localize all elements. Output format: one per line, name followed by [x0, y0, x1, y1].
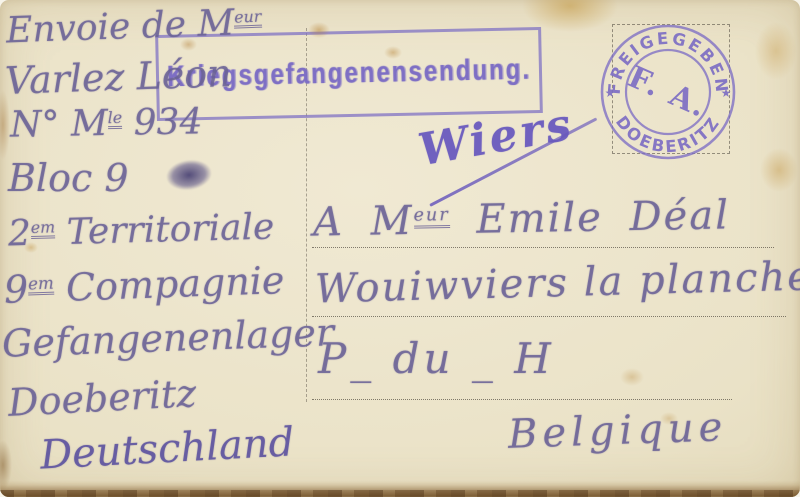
paper-stain	[760, 148, 798, 192]
sender-line: Doeberitz	[7, 371, 197, 425]
address-line: Wouiwviers la planche	[314, 253, 800, 312]
sender-line-text: Deutschland	[39, 419, 295, 478]
address-rule-1	[312, 247, 774, 248]
sender-line-text: 9	[3, 267, 29, 312]
sender-line-sup: em	[31, 219, 56, 238]
sender-line-text: Envoie de M	[5, 3, 235, 52]
sender-line-text: Varlez Léon	[4, 51, 232, 103]
sender-line-text: Territoriale	[55, 207, 275, 254]
sender-line: Bloc 9	[8, 156, 129, 200]
censor-stamp: FREIGEGEBEN DOEBERITZ ★ ★ F. A.	[598, 22, 738, 162]
sender-line-text: N° M	[10, 103, 109, 146]
sender-line-text: Doeberitz	[7, 371, 197, 425]
sender-line-text: 2	[8, 213, 32, 255]
postcard: Kriegsgefangenensendung. FREIGEGEBEN DOE…	[0, 0, 800, 497]
address-rule-3	[312, 399, 732, 400]
sender-line-text: Bloc 9	[8, 156, 129, 200]
sender-line: Varlez Léon	[4, 51, 232, 103]
address-line: Belgique	[507, 404, 728, 458]
sender-line-text: 934	[122, 101, 203, 143]
censor-star-right-icon: ★	[721, 86, 732, 100]
address-line-sup: eur	[413, 207, 450, 228]
paper-stain	[0, 440, 12, 490]
sender-line: Deutschland	[39, 419, 295, 478]
address-line-text: P_ du _ H	[318, 334, 555, 383]
address-line-text: Emile Déal	[449, 192, 730, 243]
sender-line: N° Mle 934	[10, 101, 203, 145]
address-rule-2	[312, 316, 786, 317]
censor-initials: F. A.	[623, 60, 713, 126]
paper-stain	[620, 368, 644, 386]
address-line-text: A M	[313, 198, 414, 246]
address-line-text: Belgique	[507, 404, 728, 458]
sender-line: Gefangenenlager	[1, 310, 334, 366]
sender-line-sup: em	[28, 275, 54, 296]
sender-line-text: Gefangenenlager	[1, 310, 334, 366]
censor-star-left-icon: ★	[605, 86, 616, 100]
bottom-edge-stain	[0, 490, 800, 497]
address-line: A Meur Emile Déal	[313, 192, 731, 245]
address-line-text: Wouiwviers la planche	[314, 253, 800, 312]
pencil-scribble-blot	[164, 157, 214, 193]
sender-line: 9em Compagnie	[3, 258, 285, 312]
address-line: P_ du _ H	[318, 334, 555, 383]
sender-line-sup: eur	[234, 9, 262, 29]
bottom-edge-stain	[0, 481, 800, 497]
sender-line: 2em Territoriale	[8, 207, 275, 255]
paper-stain	[755, 22, 797, 80]
sender-line-text: Compagnie	[53, 258, 285, 310]
sender-line-sup: le	[108, 110, 123, 129]
